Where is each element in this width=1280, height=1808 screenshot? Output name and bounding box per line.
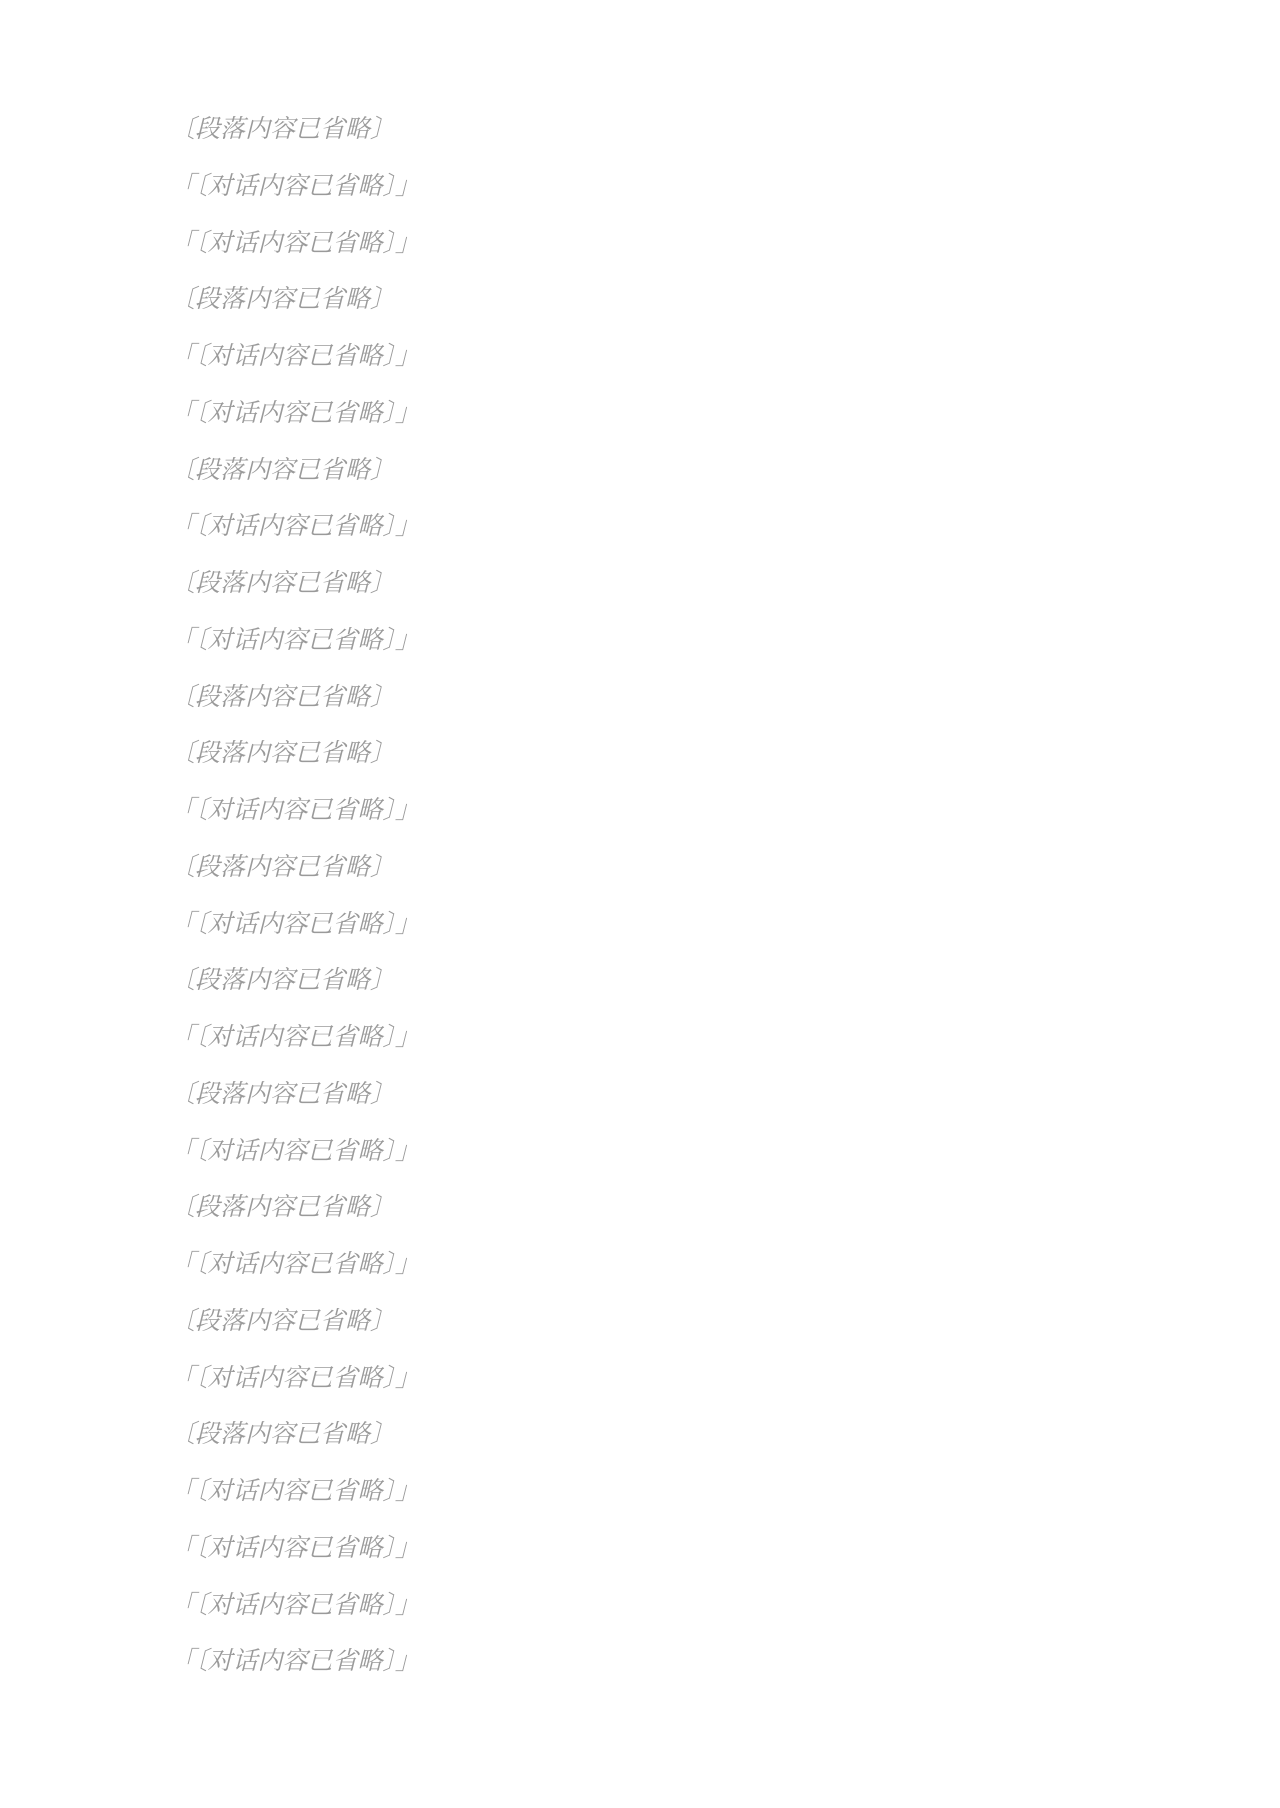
paragraph-dialogue: 「〔对话内容已省略〕」 (120, 507, 1160, 546)
paragraph-narration: 〔段落内容已省略〕 (120, 734, 1160, 773)
paragraph-narration: 〔段落内容已省略〕 (120, 280, 1160, 319)
paragraph-narration: 〔段落内容已省略〕 (120, 110, 1160, 149)
paragraph-dialogue: 「〔对话内容已省略〕」 (120, 1472, 1160, 1511)
paragraph-narration: 〔段落内容已省略〕 (120, 1075, 1160, 1114)
paragraph-dialogue: 「〔对话内容已省略〕」 (120, 167, 1160, 206)
paragraph-dialogue: 「〔对话内容已省略〕」 (120, 1359, 1160, 1398)
paragraph-dialogue: 「〔对话内容已省略〕」 (120, 621, 1160, 660)
paragraph-dialogue: 「〔对话内容已省略〕」 (120, 224, 1160, 263)
paragraph-dialogue: 「〔对话内容已省略〕」 (120, 1018, 1160, 1057)
paragraph-dialogue: 「〔对话内容已省略〕」 (120, 905, 1160, 944)
paragraph-narration: 〔段落内容已省略〕 (120, 451, 1160, 490)
paragraph-dialogue: 「〔对话内容已省略〕」 (120, 791, 1160, 830)
text-body: 〔段落内容已省略〕「〔对话内容已省略〕」「〔对话内容已省略〕」〔段落内容已省略〕… (120, 110, 1160, 1681)
paragraph-narration: 〔段落内容已省略〕 (120, 1415, 1160, 1454)
paragraph-narration: 〔段落内容已省略〕 (120, 1188, 1160, 1227)
paragraph-narration: 〔段落内容已省略〕 (120, 564, 1160, 603)
paragraph-narration: 〔段落内容已省略〕 (120, 1302, 1160, 1341)
paragraph-dialogue: 「〔对话内容已省略〕」 (120, 1586, 1160, 1625)
paragraph-narration: 〔段落内容已省略〕 (120, 961, 1160, 1000)
paragraph-dialogue: 「〔对话内容已省略〕」 (120, 1245, 1160, 1284)
paragraph-narration: 〔段落内容已省略〕 (120, 678, 1160, 717)
paragraph-narration: 〔段落内容已省略〕 (120, 848, 1160, 887)
paragraph-dialogue: 「〔对话内容已省略〕」 (120, 394, 1160, 433)
novel-page: 〔段落内容已省略〕「〔对话内容已省略〕」「〔对话内容已省略〕」〔段落内容已省略〕… (0, 0, 1280, 1808)
paragraph-dialogue: 「〔对话内容已省略〕」 (120, 1132, 1160, 1171)
paragraph-dialogue: 「〔对话内容已省略〕」 (120, 1642, 1160, 1681)
paragraph-dialogue: 「〔对话内容已省略〕」 (120, 337, 1160, 376)
paragraph-dialogue: 「〔对话内容已省略〕」 (120, 1529, 1160, 1568)
